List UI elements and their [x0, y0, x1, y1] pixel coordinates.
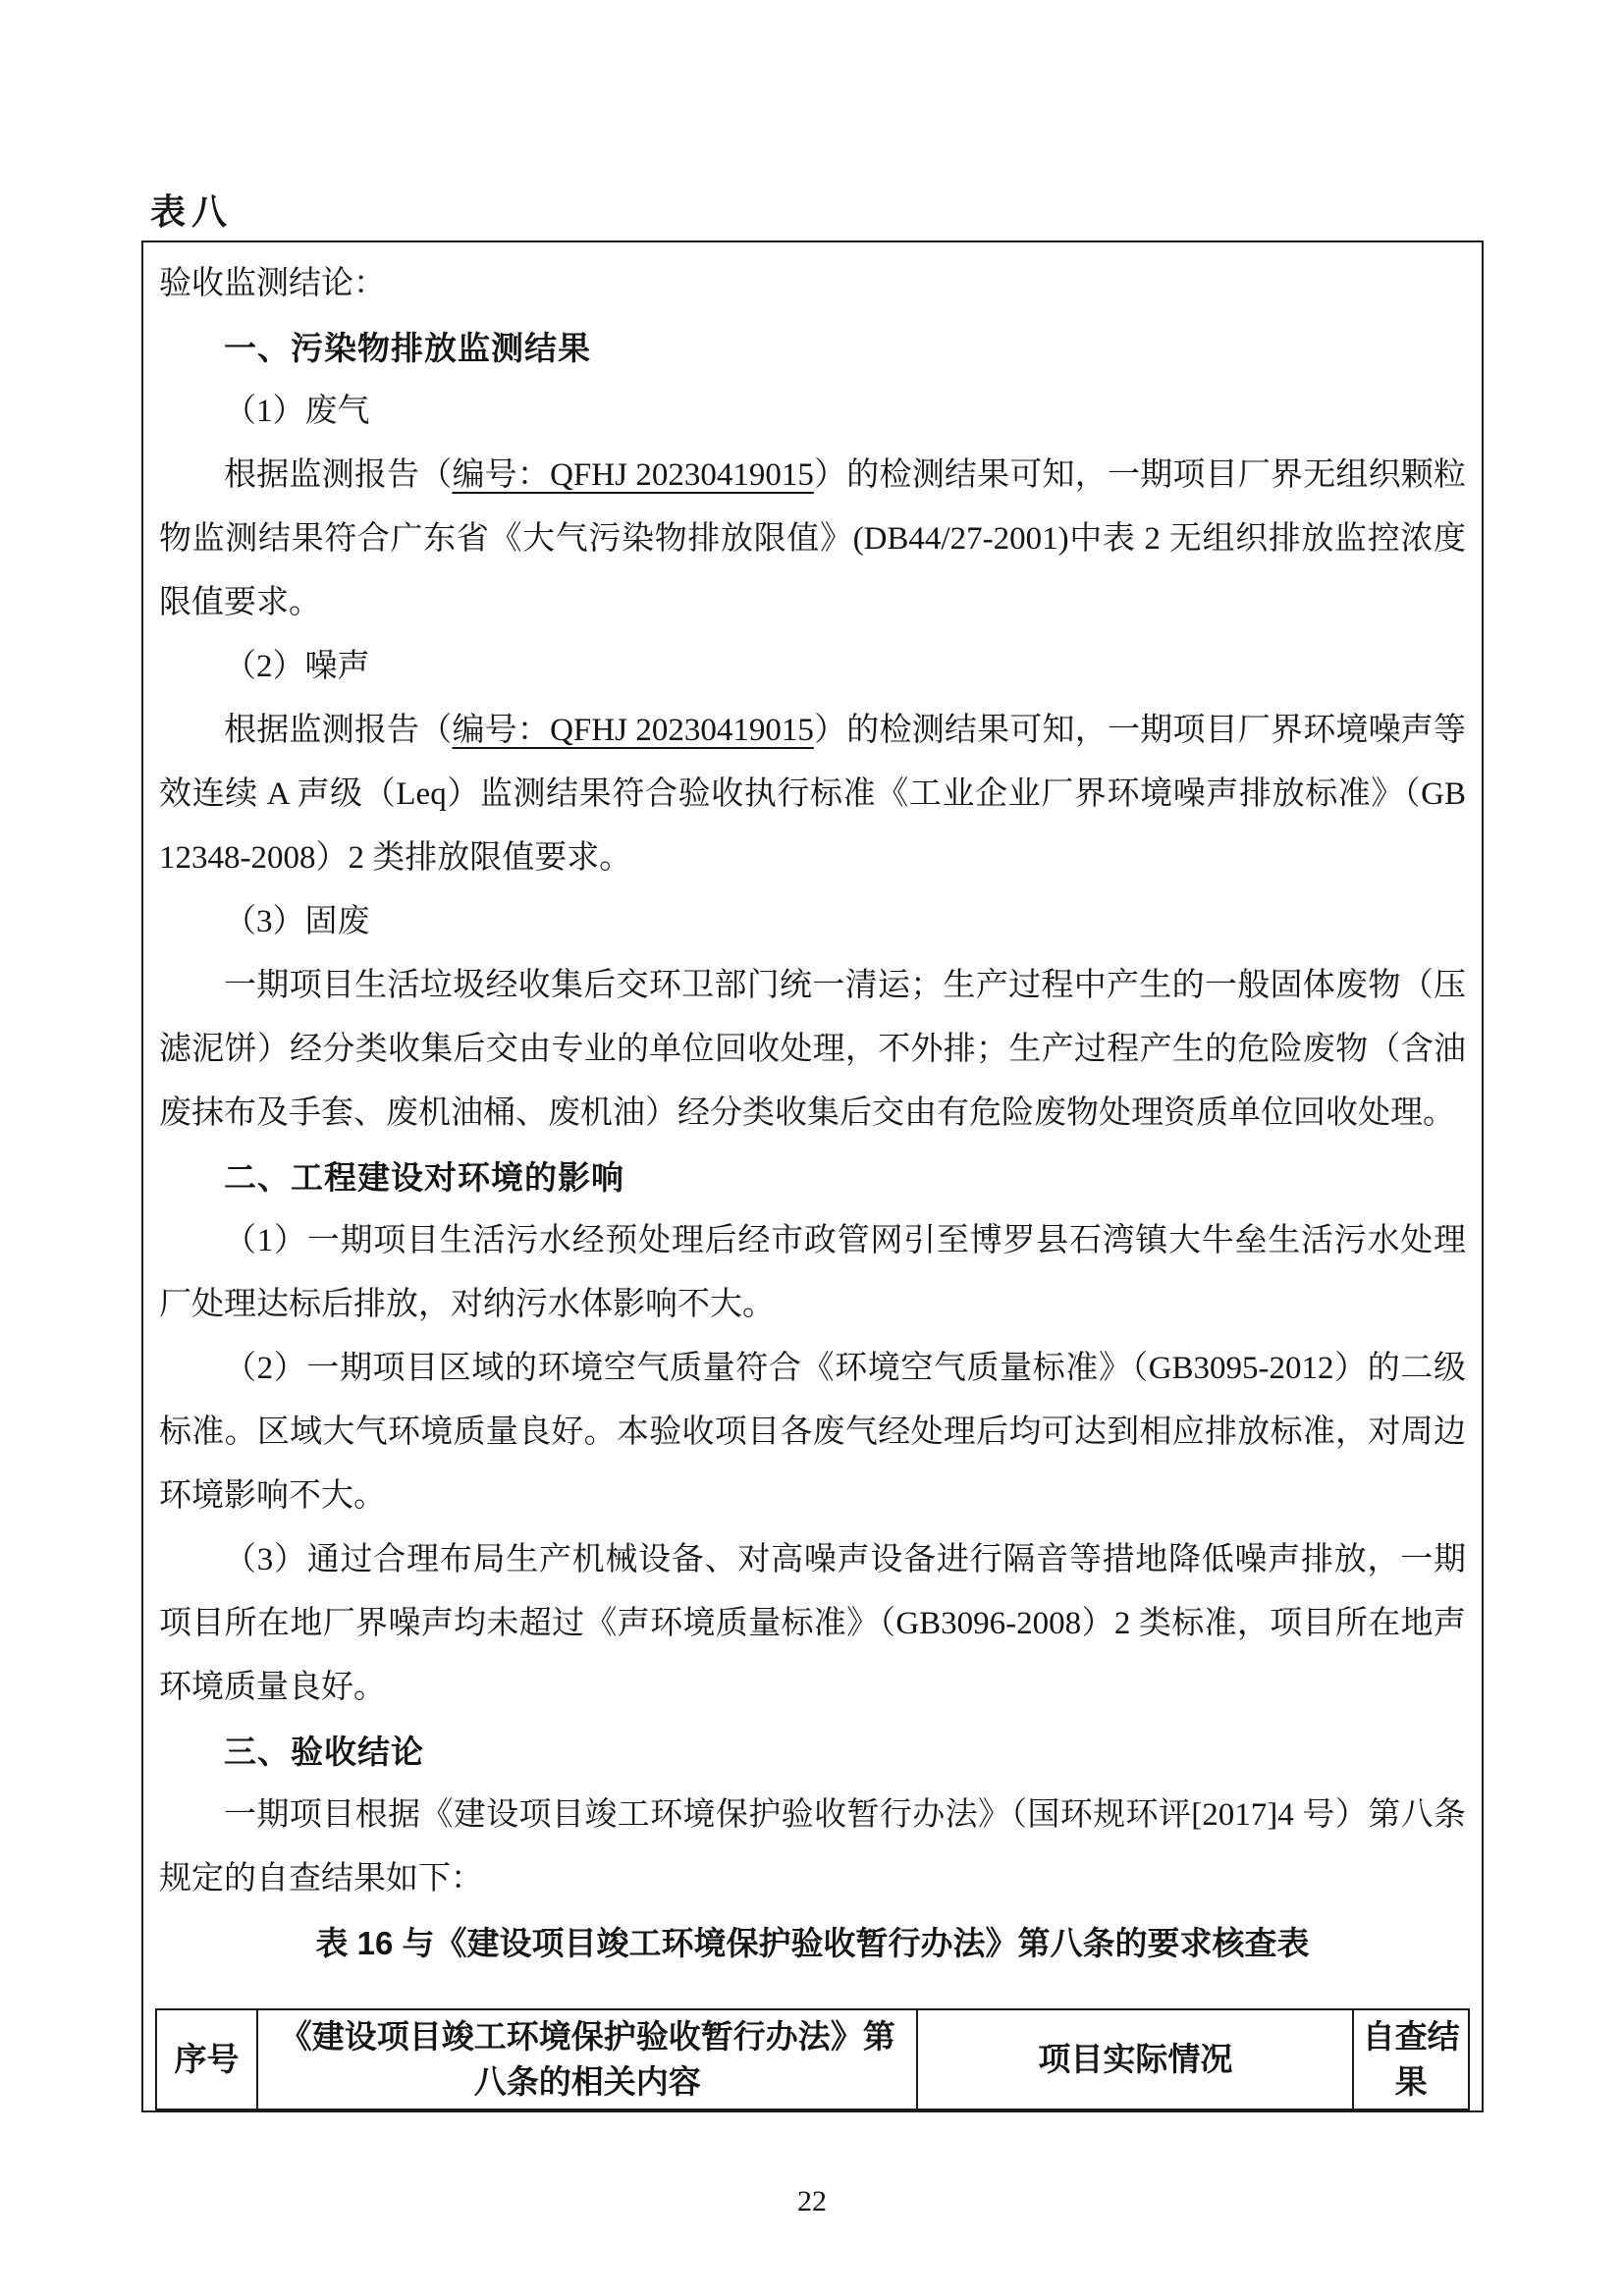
underlined-report-number: 编号：QFHJ 20230419015 — [452, 713, 813, 748]
text-run: 二、工程建设对环境的影响 — [224, 1159, 624, 1196]
text-block-heading: 一、污染物排放监测结果 — [159, 316, 1466, 380]
check-table-header-row: 序号 《建设项目竣工环境保护验收暂行办法》第八条的相关内容 项目实际情况 自查结… — [156, 2009, 1469, 2109]
page-label: 表八 — [150, 185, 233, 235]
text-run: 根据监测报告（ — [224, 713, 452, 748]
content-box: 验收监测结论：一、污染物排放监测结果（1）废气根据监测报告（编号：QFHJ 20… — [141, 240, 1484, 2112]
conclusion-text-area: 验收监测结论：一、污染物排放监测结果（1）废气根据监测报告（编号：QFHJ 20… — [143, 242, 1482, 1975]
table-header-self-check-result: 自查结果 — [1353, 2009, 1469, 2109]
document-page: 表八 验收监测结论：一、污染物排放监测结果（1）废气根据监测报告（编号：QFHJ… — [0, 0, 1624, 2296]
text-block-para: （1）一期项目生活污水经预处理后经市政管网引至博罗县石湾镇大牛垒生活污水处理厂处… — [159, 1209, 1466, 1337]
text-block-sub: （1）废气 — [159, 380, 1466, 444]
text-block-heading: 二、工程建设对环境的影响 — [159, 1146, 1466, 1209]
table-header-related-content: 《建设项目竣工环境保护验收暂行办法》第八条的相关内容 — [257, 2009, 918, 2109]
text-run: （1）一期项目生活污水经预处理后经市政管网引至博罗县石湾镇大牛垒生活污水处理厂处… — [159, 1223, 1466, 1322]
text-run: （1）废气 — [224, 394, 370, 429]
text-run: 一、污染物排放监测结果 — [224, 330, 591, 366]
table-header-number: 序号 — [156, 2009, 257, 2109]
text-block-para: 根据监测报告（编号：QFHJ 20230419015）的检测结果可知，一期项目厂… — [159, 699, 1466, 890]
text-block-para: 一期项目生活垃圾经收集后交环卫部门统一清运；生产过程中产生的一般固体废物（压滤泥… — [159, 954, 1466, 1146]
underlined-report-number: 编号：QFHJ 20230419015 — [452, 457, 813, 493]
text-block-sub: （2）噪声 — [159, 635, 1466, 699]
check-table: 序号 《建设项目竣工环境保护验收暂行办法》第八条的相关内容 项目实际情况 自查结… — [155, 2008, 1470, 2110]
text-run: （2）一期项目区域的环境空气质量符合《环境空气质量标准》（GB3095-2012… — [159, 1351, 1466, 1514]
text-block-caption: 表 16 与《建设项目竣工环境保护验收暂行办法》第八条的要求核查表 — [159, 1911, 1466, 1975]
text-run: （2）噪声 — [224, 649, 370, 684]
text-run: 验收监测结论： — [159, 266, 386, 301]
text-block-sub: （3）固废 — [159, 890, 1466, 954]
text-run: 根据监测报告（ — [224, 457, 452, 493]
text-block-para: 根据监测报告（编号：QFHJ 20230419015）的检测结果可知，一期项目厂… — [159, 444, 1466, 635]
page-number: 22 — [0, 2185, 1624, 2218]
text-run: （3）通过合理布局生产机械设备、对高噪声设备进行隔音等措地降低噪声排放，一期项目… — [159, 1542, 1466, 1705]
text-run: 一期项目生活垃圾经收集后交环卫部门统一清运；生产过程中产生的一般固体废物（压滤泥… — [159, 968, 1466, 1131]
text-run: 一期项目根据《建设项目竣工环境保护验收暂行办法》（国环规环评[2017]4 号）… — [159, 1797, 1466, 1896]
table-header-actual-situation: 项目实际情况 — [917, 2009, 1353, 2109]
text-block-para: （2）一期项目区域的环境空气质量符合《环境空气质量标准》（GB3095-2012… — [159, 1337, 1466, 1528]
text-run: （3）固废 — [224, 904, 370, 939]
text-run: 三、验收结论 — [224, 1734, 424, 1770]
text-block-plain: 验收监测结论： — [159, 252, 1466, 316]
text-block-para: 一期项目根据《建设项目竣工环境保护验收暂行办法》（国环规环评[2017]4 号）… — [159, 1784, 1466, 1911]
text-run: 表 16 与《建设项目竣工环境保护验收暂行办法》第八条的要求核查表 — [315, 1925, 1309, 1961]
text-block-para: （3）通过合理布局生产机械设备、对高噪声设备进行隔音等措地降低噪声排放，一期项目… — [159, 1528, 1466, 1720]
text-block-heading: 三、验收结论 — [159, 1720, 1466, 1784]
